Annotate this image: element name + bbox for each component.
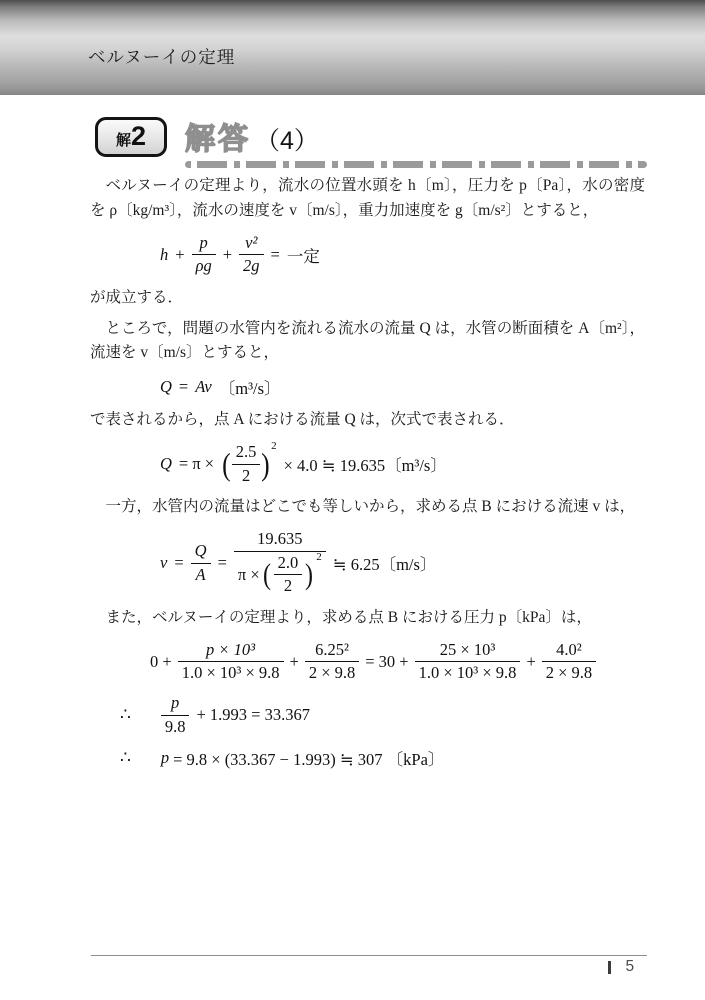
fraction-numerator: 25 × 10³ <box>415 640 521 663</box>
fraction: p 9.8 <box>161 693 190 737</box>
footer-rule <box>91 955 647 956</box>
fraction-numerator: p <box>161 693 190 716</box>
equation-bernoulli: h + p ρg + v² 2g = 一定 <box>160 233 705 277</box>
page-content: 解 2 解答 （4） ベルヌーイの定理より，流水の位置水頭を h〔m〕，圧力を … <box>0 95 705 779</box>
fraction-numerator: v² <box>239 233 264 256</box>
eq-result: + 1.993 = 33.367 <box>196 705 310 725</box>
fraction-nested: 19.635 π × ( 2.0 2 ) 2 <box>234 529 326 597</box>
fraction: 6.25² 2 × 9.8 <box>305 640 359 684</box>
fraction: 4.0² 2 × 9.8 <box>542 640 596 684</box>
eq-result: ≒ 6.25〔m/s〕 <box>333 551 437 575</box>
therefore-symbol: ∴ <box>120 748 131 768</box>
paragraph-point-b-velocity: 一方，水管内の流量はどこでも等しいから，求める点 B における流速 v は， <box>90 495 645 520</box>
equation-flow-at-a: Q = π × ( 2.5 2 ) 2 × 4.0 ≒ 19.635〔m³/s〕 <box>160 442 705 486</box>
dash-rule-decoration <box>185 161 647 168</box>
close-paren: ) <box>261 451 270 478</box>
close-paren: ) <box>305 562 313 588</box>
eq-operator: + <box>175 245 184 265</box>
eq-unit: 〔m³/s〕 <box>219 375 281 399</box>
paragraph-point-a: で表されるから，点 A における流量 Q は，次式で表される． <box>90 408 645 433</box>
eq-operator: + <box>223 245 232 265</box>
eq-term: 0 + <box>150 652 172 672</box>
solution-title-row: 解 2 解答 （4） <box>95 117 647 168</box>
book-page: ベルヌーイの定理 解 2 解答 （4） ベルヌーイの定理より，流水の位置水頭を … <box>0 0 705 1000</box>
running-head-band: ベルヌーイの定理 <box>0 0 705 95</box>
solution-badge: 解 2 <box>95 117 167 157</box>
title-block: 解答 （4） <box>185 117 647 168</box>
fraction-numerator: 2.0 <box>274 553 303 576</box>
fraction-denominator: A <box>191 564 211 586</box>
therefore-symbol: ∴ <box>120 705 131 725</box>
fraction-numerator: Q <box>191 541 211 564</box>
fraction: Q A <box>191 541 211 585</box>
eq-operator: = <box>218 553 227 573</box>
eq-operator: + <box>290 652 299 672</box>
fraction-numerator: p <box>192 233 216 256</box>
eq-operator: = <box>271 245 280 265</box>
fraction-numerator: 2.5 <box>232 442 261 465</box>
fraction: p ρg <box>192 233 216 277</box>
fraction-denominator: 1.0 × 10³ × 9.8 <box>415 662 521 684</box>
eq-var: p <box>161 748 169 768</box>
equation-pressure-balance: 0 + p × 10³ 1.0 × 10³ × 9.8 + 6.25² 2 × … <box>150 640 705 684</box>
paragraph-intro: ベルヌーイの定理より，流水の位置水頭を h〔m〕，圧力を p〔Pa〕，水の密度を… <box>90 174 645 224</box>
eq-operator: = <box>179 377 188 397</box>
eq-var: Q <box>160 454 172 474</box>
fraction-numerator: p × 10³ <box>178 640 284 663</box>
paragraph-flow: ところで，問題の水管内を流れる流水の流量 Q は，水管の断面積を A〔m²〕，流… <box>90 317 645 367</box>
badge-number: 2 <box>131 123 146 150</box>
eq-term: π × <box>238 565 260 586</box>
fraction-denominator: 2 <box>274 575 303 597</box>
paragraph-point-b-pressure: また，ベルヌーイの定理より，求める点 B における圧力 p〔kPa〕は， <box>90 606 645 631</box>
equation-flow-definition: Q = Av 〔m³/s〕 <box>160 375 705 399</box>
page-number: 5 <box>626 958 635 976</box>
heading-line: 解答 （4） <box>185 114 647 158</box>
eq-var: h <box>160 245 168 265</box>
exponent: 2 <box>316 551 322 565</box>
page-title: 解答 <box>185 114 251 158</box>
eq-var: Q <box>160 377 172 397</box>
fraction: 2.5 2 <box>232 442 261 486</box>
badge-prefix: 解 <box>116 129 131 150</box>
eq-operator: = 30 + <box>365 652 408 672</box>
fraction-denominator: π × ( 2.0 2 ) 2 <box>234 552 326 597</box>
equation-velocity-at-b: v = Q A = 19.635 π × ( 2.0 2 ) 2 <box>160 529 705 597</box>
fraction-denominator: 2 × 9.8 <box>305 662 359 684</box>
running-head-title: ベルヌーイの定理 <box>88 44 235 69</box>
exponent: 2 <box>271 440 277 452</box>
fraction: 25 × 10³ 1.0 × 10³ × 9.8 <box>415 640 521 684</box>
fraction-denominator: 9.8 <box>161 716 190 738</box>
eq-result: = 9.8 × (33.367 − 1.993) ≒ 307 〔kPa〕 <box>173 746 444 770</box>
eq-operator: + <box>526 652 535 672</box>
eq-term: Av <box>195 377 212 397</box>
page-title-number: （4） <box>255 121 319 157</box>
fraction-denominator: 2 <box>232 465 261 487</box>
page-number-tick <box>608 961 611 974</box>
footer-pagination: 5 <box>608 958 634 976</box>
open-paren: ( <box>222 451 231 478</box>
fraction: 2.0 2 <box>274 553 303 597</box>
eq-operator: = <box>174 553 183 573</box>
fraction-numerator: 6.25² <box>305 640 359 663</box>
fraction: p × 10³ 1.0 × 10³ × 9.8 <box>178 640 284 684</box>
fraction-denominator: 1.0 × 10³ × 9.8 <box>178 662 284 684</box>
fraction-numerator: 4.0² <box>542 640 596 663</box>
eq-constant: 一定 <box>287 243 320 267</box>
fraction-denominator: 2g <box>239 255 264 277</box>
paren-group: ( 2.5 2 ) 2 <box>221 442 276 486</box>
equation-therefore-1: ∴ p 9.8 + 1.993 = 33.367 <box>120 693 705 737</box>
fraction: v² 2g <box>239 233 264 277</box>
open-paren: ( <box>263 562 271 588</box>
eq-operator: = π × <box>179 454 214 474</box>
equation-therefore-2: ∴ p = 9.8 × (33.367 − 1.993) ≒ 307 〔kPa〕 <box>120 746 705 770</box>
eq-var: v <box>160 553 167 573</box>
paragraph-holds: が成立する． <box>90 286 645 311</box>
eq-result: × 4.0 ≒ 19.635〔m³/s〕 <box>284 452 447 476</box>
fraction-denominator: ρg <box>192 255 216 277</box>
fraction-denominator: 2 × 9.8 <box>542 662 596 684</box>
fraction-numerator: 19.635 <box>234 529 326 552</box>
